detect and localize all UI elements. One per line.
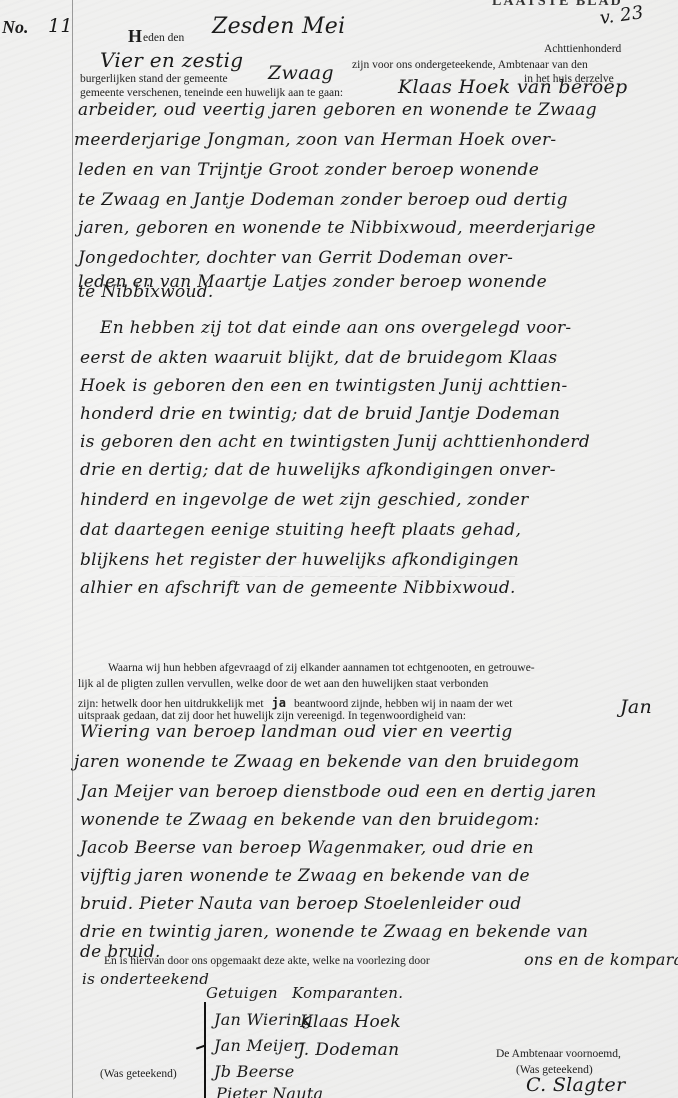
- declaration-line-3: beantwoord zijnde, hebben wij in naam de…: [294, 698, 512, 710]
- record-label: No.: [2, 17, 29, 38]
- printed-year-prefix: Achttienhonderd: [544, 43, 621, 55]
- hand-witness-line-6: vijftig jaren wonende te Zwaag en bekend…: [80, 866, 530, 886]
- declaration-line-2: zijn: hetwelk door hen uitdrukkelijk met: [78, 698, 264, 710]
- hand-docs-line-7: dat daartegen eenige stuiting heeft plaa…: [80, 520, 521, 540]
- hand-groom-line-1: arbeider, oud veertig jaren geboren en w…: [78, 100, 597, 120]
- hand-groom-line-8: te Nibbixwoud.: [78, 282, 214, 302]
- hand-docs-line-6: hinderd en ingevolge de wet zijn geschie…: [80, 490, 529, 510]
- hand-docs-line-5: drie en dertig; dat de huwelijks afkondi…: [80, 460, 556, 480]
- party-signature: Klaas Hoek: [300, 1012, 401, 1032]
- opening-text: eden den: [143, 32, 184, 44]
- hand-docs-line-4: is geboren den acht en twintigsten Junij…: [80, 432, 590, 452]
- was-signed-left: (Was geteekend): [100, 1068, 177, 1080]
- witness-signature: Jb Beerse: [214, 1062, 294, 1081]
- witness-signature: Jan Wiering: [214, 1010, 313, 1029]
- party-signature: J. Dodeman: [298, 1040, 399, 1060]
- signature-brace: [204, 1002, 206, 1098]
- hand-municipality: Zwaag: [268, 62, 334, 84]
- ja-word: ja: [272, 696, 286, 710]
- faint-handwriting-top: [370, 0, 375, 8]
- margin-rule: [72, 0, 73, 1098]
- hand-groom-line-6: Jongedochter, dochter van Gerrit Dodeman…: [78, 248, 513, 268]
- bleed-through-text: — — — — — — — — — — — — — — — — — — — — …: [230, 571, 515, 582]
- hand-groom-line-3: leden en van Trijntje Groot zonder beroe…: [78, 160, 539, 180]
- closing-printed: En is hiervan door ons opgemaakt deze ak…: [104, 955, 430, 967]
- declaration-line-0: Waarna wij hun hebben afgevraagd of zij …: [108, 662, 535, 674]
- hand-groom-line-5: jaren, geboren en wonende te Nibbixwoud,…: [78, 218, 596, 238]
- hand-witness-line-2: jaren wonende te Zwaag en bekende van de…: [74, 752, 580, 772]
- hand-groom-line-0: Klaas Hoek van beroep: [398, 76, 628, 98]
- hand-witness-line-4: wonende te Zwaag en bekende van den brui…: [80, 810, 540, 830]
- hand-witness-line-0: Jan: [620, 696, 652, 718]
- hand-witness-line-3: Jan Meijer van beroep dienstbode oud een…: [80, 782, 596, 802]
- hand-docs-line-3: honderd drie en twintig; dat de bruid Ja…: [80, 404, 560, 424]
- witness-signature: Pieter Nauta: [216, 1084, 323, 1098]
- hand-date-day: Zesden Mei: [212, 14, 345, 39]
- hand-groom-line-2: meerderjarige Jongman, zoon van Herman H…: [74, 130, 556, 150]
- hand-docs-line-0: En hebben zij tot dat einde aan ons over…: [100, 318, 571, 338]
- declaration-line-4: uitspraak gedaan, dat zij door het huwel…: [78, 710, 466, 722]
- hand-docs-line-2: Hoek is geboren den een en twintigsten J…: [80, 376, 568, 396]
- bleed-through-text: — — — — — — — — — — — — — — — — — — — — …: [240, 557, 513, 568]
- hand-date-year: Vier en zestig: [100, 48, 243, 72]
- witness-signature: Jan Meijer: [214, 1036, 301, 1055]
- printed-line-2: zijn voor ons ondergeteekende, Ambtenaar…: [352, 59, 588, 71]
- hand-witness-line-8: drie en twintig jaren, wonende te Zwaag …: [80, 922, 588, 942]
- hand-witness-line-5: Jacob Beerse van beroep Wagenmaker, oud …: [80, 838, 534, 858]
- sig-header-parties: Komparanten.: [292, 984, 403, 1002]
- official-label: De Ambtenaar voornoemd,: [496, 1048, 621, 1060]
- official-signature: C. Slagter: [526, 1074, 625, 1096]
- record-number: 11: [48, 15, 73, 37]
- hand-closing-tail: ons en de komparanten: [524, 950, 678, 969]
- opening-initial: H: [128, 26, 142, 47]
- printed-line-3-left: burgerlijken stand der gemeente: [80, 73, 228, 85]
- hand-witness-line-7: bruid. Pieter Nauta van beroep Stoelenle…: [80, 894, 522, 914]
- hand-closing-tail-2: is onderteekend: [82, 970, 209, 988]
- hand-docs-line-1: eerst de akten waaruit blijkt, dat de br…: [80, 348, 557, 368]
- hand-groom-line-4: te Zwaag en Jantje Dodeman zonder beroep…: [78, 190, 568, 210]
- hand-witness-line-1: Wiering van beroep landman oud vier en v…: [80, 722, 513, 742]
- sig-header-witnesses: Getuigen: [206, 984, 278, 1002]
- declaration-line-1: lijk al de pligten zullen vervullen, wel…: [78, 678, 488, 690]
- printed-line-4: gemeente verschenen, teneinde een huweli…: [80, 87, 343, 99]
